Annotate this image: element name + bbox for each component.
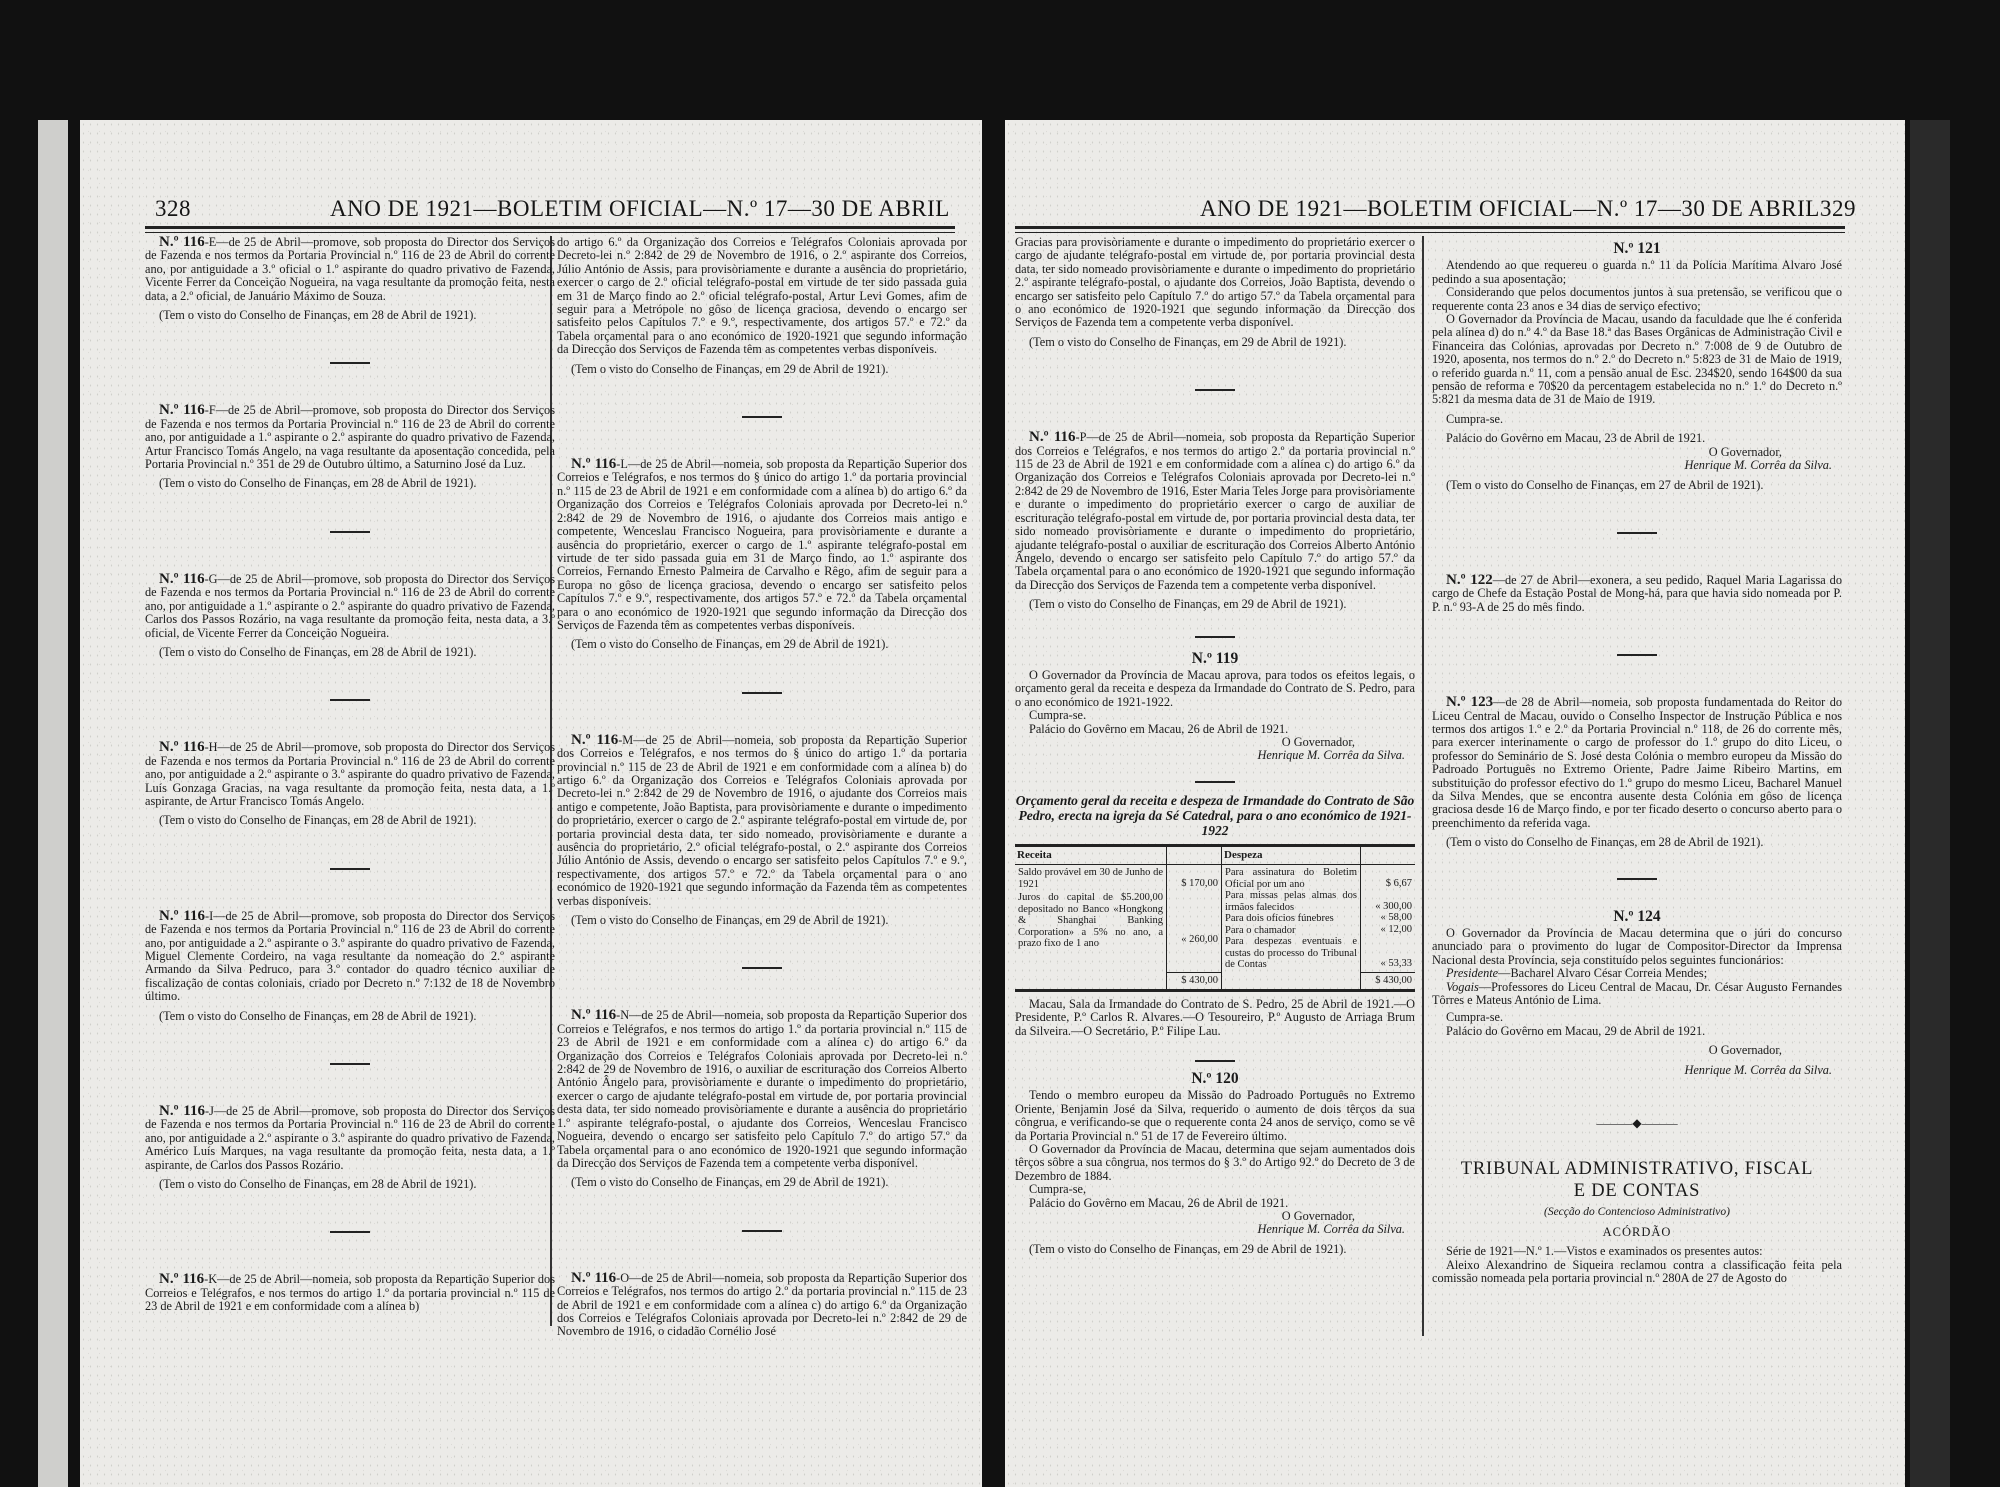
vogais-names: —Professores do Liceu Central de Macau, … — [1432, 980, 1842, 1007]
decree-text: -H—de 25 de Abril—promove, sob proposta … — [145, 740, 555, 808]
signatory-title: O Governador, — [1432, 1044, 1842, 1057]
decree-119: N.º 119 O Governador da Província de Mac… — [1015, 652, 1415, 763]
decree-text: -N—de 25 de Abril—nomeia, sob proposta d… — [557, 1008, 967, 1169]
visto-note: (Tem o visto do Conselho de Finanças, em… — [1015, 598, 1415, 611]
separator-rule — [330, 531, 370, 533]
right-col-2: N.º 121 Atendendo ao que requereu o guar… — [1432, 236, 1842, 1286]
right-page-number: 329 — [1820, 196, 1856, 226]
decree-text: -O—de 25 de Abril—nomeia, sob proposta d… — [557, 1271, 967, 1339]
despesa-amount: $ 6,67 — [1364, 878, 1412, 890]
decree-text: -P—de 25 de Abril—nomeia, sob proposta d… — [1015, 430, 1415, 591]
vogais-label: Vogais — [1446, 980, 1479, 994]
despesa-item: Para despezas eventuais e custas do proc… — [1225, 936, 1357, 971]
acordao-text: Aleixo Alexandrino de Siqueira reclamou … — [1432, 1259, 1842, 1286]
decree-123: N.º 123—de 28 de Abril—nomeia, sob propo… — [1432, 696, 1842, 849]
decree-122: N.º 122—de 27 de Abril—exonera, a seu pe… — [1432, 574, 1842, 614]
receita-header: Receita — [1015, 845, 1167, 865]
decree-title: N.º 121 — [1432, 242, 1842, 255]
signatory-title: O Governador, — [1015, 1210, 1415, 1223]
decree-120: N.º 120 Tendo o membro europeu da Missão… — [1015, 1072, 1415, 1256]
decree-text: Atendendo ao que requereu o guarda n.º 1… — [1432, 259, 1842, 286]
decree-116o-continuation: Gracias para provisòriamente e durante o… — [1015, 236, 1415, 349]
separator-rule — [330, 868, 370, 870]
budget-footer: Macau, Sala da Irmandade do Contrato de … — [1015, 998, 1415, 1038]
tribunal-title-line2: E DE CONTAS — [1432, 1180, 1842, 1202]
decree-121: N.º 121 Atendendo ao que requereu o guar… — [1432, 242, 1842, 492]
decree-116e: N.º 116-E—de 25 de Abril—promove, sob pr… — [145, 236, 555, 322]
decree-text: -E—de 25 de Abril—promove, sob proposta … — [145, 235, 555, 303]
decree-116k-continuation: do artigo 6.º da Organização dos Correio… — [557, 236, 967, 376]
separator-rule — [330, 362, 370, 364]
decree-116o: N.º 116-O—de 25 de Abril—nomeia, sob pro… — [557, 1272, 967, 1339]
decree-text: Tendo o membro europeu da Missão do Padr… — [1015, 1089, 1415, 1143]
cumpra-se: Cumpra-se. — [1432, 1011, 1842, 1024]
visto-note: (Tem o visto do Conselho de Finanças, em… — [145, 646, 555, 659]
acordao-heading: ACÓRDÃO — [1432, 1226, 1842, 1239]
separator-rule — [1195, 636, 1235, 638]
decree-text: —de 27 de Abril—exonera, a seu pedido, R… — [1432, 573, 1842, 614]
despesa-total: $ 430,00 — [1361, 973, 1416, 991]
presidente-name: —Bacharel Alvaro César Correia Mendes; — [1498, 966, 1707, 980]
signatory-title: O Governador, — [1432, 446, 1842, 459]
visto-note: (Tem o visto do Conselho de Finanças, em… — [1432, 479, 1842, 492]
decree-title: N.º 124 — [1432, 910, 1842, 923]
decree-116m: N.º 116-M—de 25 de Abril—nomeia, sob pro… — [557, 734, 967, 928]
signatory-title: O Governador, — [1015, 736, 1415, 749]
separator-rule — [742, 416, 782, 418]
receita-item: Juros do capital de $5.200,00 depositado… — [1018, 892, 1163, 950]
separator-rule — [1195, 1060, 1235, 1062]
visto-note: (Tem o visto do Conselho de Finanças, em… — [1432, 836, 1842, 849]
receita-total: $ 430,00 — [1167, 973, 1222, 991]
visto-note: (Tem o visto do Conselho de Finanças, em… — [1015, 1243, 1415, 1256]
right-col-1: Gracias para provisòriamente e durante o… — [1015, 236, 1415, 1268]
separator-rule — [742, 1230, 782, 1232]
cumpra-se: Cumpra-se. — [1432, 413, 1842, 426]
decree-text: O Governador da Província de Macau, usan… — [1432, 313, 1842, 407]
decree-text: do artigo 6.º da Organização dos Correio… — [557, 236, 967, 357]
despesa-item: Para dois ofícios fúnebres — [1225, 913, 1357, 925]
separator-rule — [742, 967, 782, 969]
signature: Henrique M. Corrêa da Silva. — [1015, 1223, 1415, 1236]
visto-note: (Tem o visto do Conselho de Finanças, em… — [557, 638, 967, 651]
separator-rule — [1617, 878, 1657, 880]
header-rule-left — [145, 226, 955, 233]
despesa-item: Para missas pelas almas dos irmãos falec… — [1225, 890, 1357, 913]
tribunal-title-line1: TRIBUNAL ADMINISTRATIVO, FISCAL — [1432, 1158, 1842, 1180]
separator-rule — [1195, 389, 1235, 391]
separator-rule — [330, 1063, 370, 1065]
decree-124: N.º 124 O Governador da Província de Mac… — [1432, 910, 1842, 1077]
despesa-header: Despeza — [1222, 845, 1361, 865]
decree-text: -K—de 25 de Abril—nomeia, sob proposta d… — [145, 1272, 555, 1313]
decree-text: -M—de 25 de Abril—nomeia, sob proposta d… — [557, 733, 967, 908]
acordao-text: Série de 1921—N.º 1.—Vistos e examinados… — [1432, 1245, 1842, 1258]
place-date: Palácio do Govêrno em Macau, 23 de Abril… — [1432, 432, 1842, 445]
cumpra-se: Cumpra-se. — [1015, 709, 1415, 722]
signature: Henrique M. Corrêa da Silva. — [1432, 1064, 1842, 1077]
right-running-title: ANO DE 1921—BOLETIM OFICIAL—N.º 17—30 DE… — [1200, 196, 1820, 226]
scan-edge-right — [1910, 120, 1950, 1487]
decree-text: -J—de 25 de Abril—promove, sob proposta … — [145, 1104, 555, 1172]
cumpra-se: Cumpra-se, — [1015, 1183, 1415, 1196]
separator-rule — [330, 1231, 370, 1233]
decree-text: O Governador da Província de Macau aprov… — [1015, 669, 1415, 709]
decree-text: -I—de 25 de Abril—promove, sob proposta … — [145, 909, 555, 1003]
budget-table: Receita Despeza Saldo provável em 30 de … — [1015, 844, 1415, 992]
signature: Henrique M. Corrêa da Silva. — [1432, 459, 1842, 472]
visto-note: (Tem o visto do Conselho de Finanças, em… — [1015, 336, 1415, 349]
despesa-amount: « 12,00 — [1364, 924, 1412, 936]
decree-text: -F—de 25 de Abril—promove, sob proposta … — [145, 403, 555, 471]
visto-note: (Tem o visto do Conselho de Finanças, em… — [145, 477, 555, 490]
despesa-amount: « 300,00 — [1364, 901, 1412, 913]
scan-edge-left — [38, 120, 68, 1487]
decree-text: O Governador da Província de Macau deter… — [1432, 927, 1842, 967]
separator-rule — [1617, 654, 1657, 656]
decree-116j: N.º 116-J—de 25 de Abril—promove, sob pr… — [145, 1105, 555, 1191]
left-col-1: N.º 116-E—de 25 de Abril—promove, sob pr… — [145, 236, 555, 1326]
decree-116l: N.º 116-L—de 25 de Abril—nomeia, sob pro… — [557, 458, 967, 652]
despesa-amount: « 53,33 — [1364, 958, 1412, 970]
visto-note: (Tem o visto do Conselho de Finanças, em… — [557, 363, 967, 376]
decree-116n: N.º 116-N—de 25 de Abril—nomeia, sob pro… — [557, 1009, 967, 1189]
place-date: Palácio do Govêrno em Macau, 29 de Abril… — [1432, 1025, 1842, 1038]
place-date: Palácio do Govêrno em Macau, 26 de Abril… — [1015, 723, 1415, 736]
decree-title: N.º 120 — [1015, 1072, 1415, 1085]
place-date: Palácio do Govêrno em Macau, 26 de Abril… — [1015, 1197, 1415, 1210]
presidente-label: Presidente — [1446, 966, 1498, 980]
decree-text: -L—de 25 de Abril—nomeia, sob proposta d… — [557, 457, 967, 632]
left-running-title: ANO DE 1921—BOLETIM OFICIAL—N.º 17—30 DE… — [330, 196, 950, 226]
visto-note: (Tem o visto do Conselho de Finanças, em… — [145, 814, 555, 827]
visto-note: (Tem o visto do Conselho de Finanças, em… — [145, 309, 555, 322]
decree-text: Gracias para provisòriamente e durante o… — [1015, 236, 1415, 330]
visto-note: (Tem o visto do Conselho de Finanças, em… — [145, 1010, 555, 1023]
separator-rule — [742, 692, 782, 694]
decree-116p: N.º 116-P—de 25 de Abril—nomeia, sob pro… — [1015, 431, 1415, 611]
separator-rule — [1195, 781, 1235, 783]
decree-116g: N.º 116-G—de 25 de Abril—promove, sob pr… — [145, 573, 555, 659]
visto-note: (Tem o visto do Conselho de Finanças, em… — [557, 1176, 967, 1189]
left-page-number: 328 — [155, 196, 191, 226]
visto-note: (Tem o visto do Conselho de Finanças, em… — [557, 914, 967, 927]
despesa-amount: « 58,00 — [1364, 912, 1412, 924]
receita-item: Saldo provável em 30 de Junho de 1921 — [1018, 867, 1163, 890]
decree-text: -G—de 25 de Abril—promove, sob proposta … — [145, 572, 555, 640]
visto-note: (Tem o visto do Conselho de Finanças, em… — [145, 1178, 555, 1191]
despesa-item: Para assinatura do Boletim Oficial por u… — [1225, 867, 1357, 890]
receita-amount: $ 170,00 — [1170, 878, 1218, 890]
decree-116k: N.º 116-K—de 25 de Abril—nomeia, sob pro… — [145, 1273, 555, 1313]
despesa-item: Para o chamador — [1225, 925, 1357, 937]
ornament-divider-icon: ———◆——— — [1432, 1117, 1842, 1130]
decree-title: N.º 119 — [1015, 652, 1415, 665]
budget-title: Orçamento geral da receita e despeza de … — [1015, 793, 1415, 838]
column-divider-right — [1422, 236, 1424, 1336]
decree-116h: N.º 116-H—de 25 de Abril—promove, sob pr… — [145, 741, 555, 827]
decree-text: Considerando que pelos documentos juntos… — [1432, 286, 1842, 313]
receita-amount: « 260,00 — [1170, 934, 1218, 946]
left-col-2: do artigo 6.º da Organização dos Correio… — [557, 236, 967, 1351]
separator-rule — [330, 699, 370, 701]
decree-116i: N.º 116-I—de 25 de Abril—promove, sob pr… — [145, 910, 555, 1023]
tribunal-subtitle: (Secção do Contencioso Administrativo) — [1432, 1206, 1842, 1219]
decree-116f: N.º 116-F—de 25 de Abril—promove, sob pr… — [145, 404, 555, 490]
tribunal-heading: TRIBUNAL ADMINISTRATIVO, FISCAL E DE CON… — [1432, 1158, 1842, 1202]
decree-text: —de 28 de Abril—nomeia, sob proposta fun… — [1432, 695, 1842, 830]
signature: Henrique M. Corrêa da Silva. — [1015, 749, 1415, 762]
separator-rule — [1617, 532, 1657, 534]
decree-text: O Governador da Província de Macau, dete… — [1015, 1143, 1415, 1183]
header-rule-right — [1015, 226, 1845, 233]
